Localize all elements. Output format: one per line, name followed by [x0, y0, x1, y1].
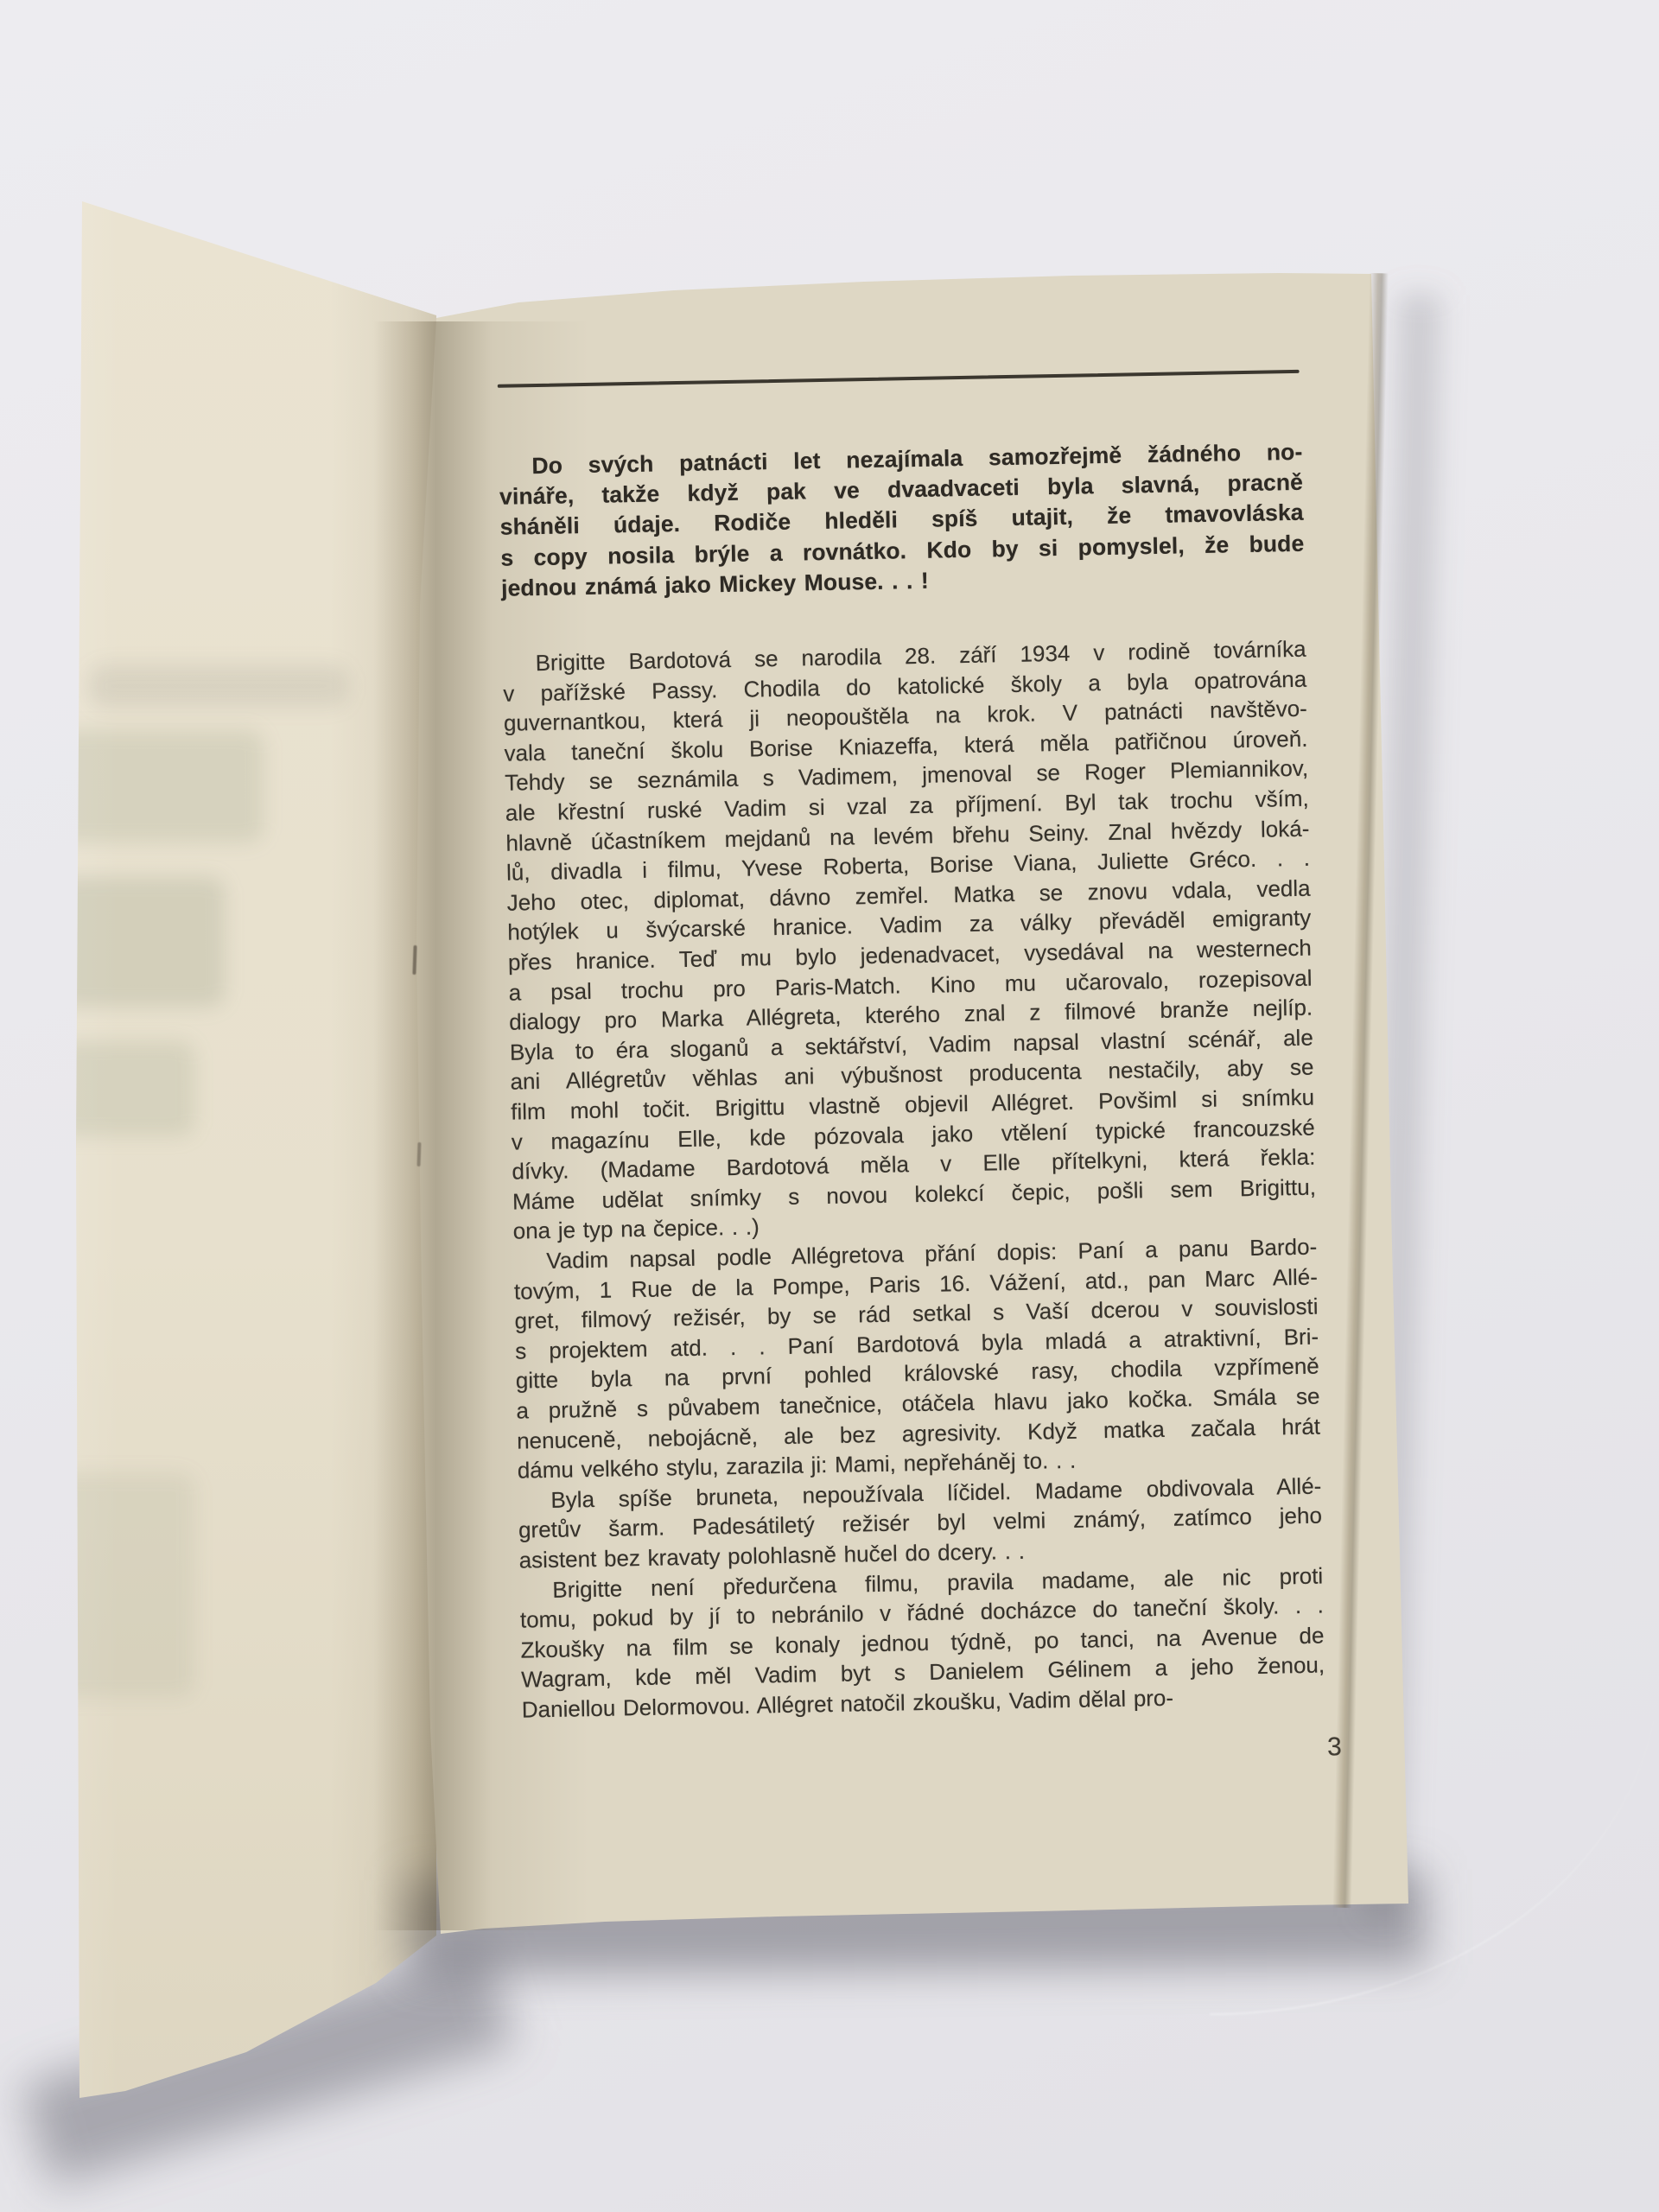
- body-paragraph: Brigitte není předurčena filmu, pravila …: [519, 1560, 1325, 1725]
- body-paragraph: Vadim napsal podle Allégretova přání dop…: [513, 1232, 1321, 1486]
- open-book-photo: Do svých patnácti let nezajímala samozře…: [0, 0, 1659, 2212]
- page-number: 3: [1327, 1732, 1342, 1762]
- text-block: Do svých patnácti let nezajímala samozře…: [495, 240, 1299, 255]
- body-paragraph: Byla spíše bruneta, nepoužívala líčidel.…: [518, 1471, 1323, 1575]
- ghost-showthrough-text: [89, 665, 348, 707]
- chapter-rule: [498, 370, 1300, 388]
- ghost-showthrough-title: [26, 877, 225, 1007]
- intro-paragraph: Do svých patnácti let nezajímala samozře…: [499, 437, 1305, 604]
- ghost-showthrough-title: [48, 730, 264, 842]
- body-paragraph: Brigitte Bardotová se narodila 28. září …: [502, 634, 1317, 1247]
- ghost-showthrough-title: [39, 1041, 194, 1136]
- ghost-showthrough-text: [22, 1473, 194, 1698]
- printed-page-content: Do svých patnácti let nezajímala samozře…: [488, 240, 1338, 1810]
